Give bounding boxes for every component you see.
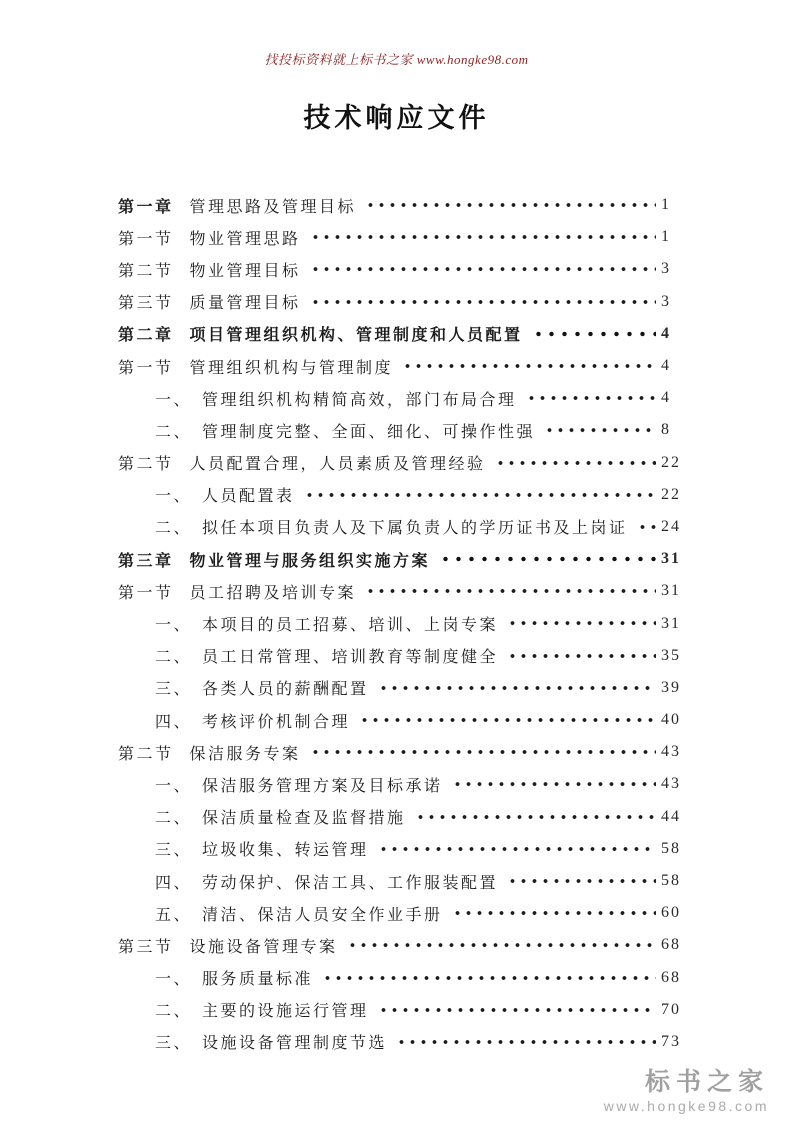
toc-entry-title: 服务质量标准 bbox=[202, 966, 313, 989]
toc-entry-title: 设施设备管理专案 bbox=[190, 934, 338, 957]
document-title: 技术响应文件 bbox=[0, 96, 793, 135]
dot-leader bbox=[400, 350, 656, 382]
toc-entry-page: 58 bbox=[661, 872, 693, 890]
dot-leader bbox=[505, 640, 656, 672]
toc-entry-page: 4 bbox=[661, 357, 693, 375]
dot-leader bbox=[376, 994, 656, 1026]
dot-leader bbox=[524, 382, 656, 414]
toc-entry-title: 本项目的员工招募、培训、上岗专案 bbox=[202, 612, 498, 635]
toc-entry-label: 二、 bbox=[155, 419, 192, 442]
dot-leader bbox=[308, 221, 656, 253]
dot-leader bbox=[505, 865, 656, 897]
toc-row: 第一节 管理组织机构与管理制度 4 bbox=[118, 350, 693, 382]
dot-leader bbox=[376, 833, 656, 865]
toc-entry-title: 管理组织机构精简高效，部门布局合理 bbox=[202, 387, 517, 410]
toc-entry-label: 一、 bbox=[155, 483, 192, 506]
toc-entry-page: 39 bbox=[661, 679, 693, 697]
toc-entry-page: 31 bbox=[661, 615, 693, 633]
toc-row: 第一章 管理思路及管理目标 1 bbox=[118, 189, 693, 221]
toc-entry-label: 一、 bbox=[155, 612, 192, 635]
toc-entry-label: 四、 bbox=[155, 709, 192, 732]
toc-entry-page: 3 bbox=[661, 293, 693, 311]
toc-row: 一、 本项目的员工招募、培训、上岗专案 31 bbox=[118, 607, 693, 639]
toc-row: 第二节 物业管理目标 3 bbox=[118, 253, 693, 285]
toc-entry-title: 管理思路及管理目标 bbox=[190, 194, 357, 217]
dot-leader bbox=[542, 414, 656, 446]
toc-entry-title: 垃圾收集、转运管理 bbox=[202, 837, 369, 860]
toc-entry-label: 一、 bbox=[155, 966, 192, 989]
toc-row: 四、 劳动保护、保洁工具、工作服装配置 58 bbox=[118, 865, 693, 897]
toc-entry-title: 管理制度完整、全面、细化、可操作性强 bbox=[202, 419, 535, 442]
toc-row: 一、 服务质量标准 68 bbox=[118, 962, 693, 994]
toc-entry-title: 项目管理组织机构、管理制度和人员配置 bbox=[190, 322, 523, 345]
dot-leader bbox=[363, 575, 656, 607]
toc-entry-label: 第二节 bbox=[118, 258, 174, 281]
toc-entry-title: 物业管理思路 bbox=[190, 226, 301, 249]
toc-entry-page: 22 bbox=[661, 454, 693, 472]
toc-row: 二、 拟任本项目负责人及下属负责人的学历证书及上岗证 24 bbox=[118, 511, 693, 543]
toc-entry-title: 拟任本项目负责人及下属负责人的学历证书及上岗证 bbox=[202, 515, 628, 538]
dot-leader bbox=[450, 897, 656, 929]
toc-entry-title: 各类人员的薪酬配置 bbox=[202, 676, 369, 699]
toc-entry-page: 44 bbox=[661, 808, 693, 826]
toc-entry-label: 二、 bbox=[155, 515, 192, 538]
toc-row: 二、 管理制度完整、全面、细化、可操作性强 8 bbox=[118, 414, 693, 446]
toc-row: 第二节 保洁服务专案 43 bbox=[118, 736, 693, 768]
dot-leader bbox=[363, 189, 656, 221]
document-page: 找投标资料就上标书之家 www.hongke98.com 技术响应文件 第一章 … bbox=[0, 0, 793, 1058]
toc-entry-title: 质量管理目标 bbox=[190, 290, 301, 313]
toc-entry-label: 一、 bbox=[155, 773, 192, 796]
toc-entry-label: 四、 bbox=[155, 870, 192, 893]
toc-entry-title: 物业管理与服务组织实施方案 bbox=[190, 548, 431, 571]
toc-row: 四、 考核评价机制合理 40 bbox=[118, 704, 693, 736]
dot-leader bbox=[308, 736, 656, 768]
toc-entry-title: 主要的设施运行管理 bbox=[202, 998, 369, 1021]
toc-entry-page: 8 bbox=[661, 421, 693, 439]
toc-entry-page: 58 bbox=[661, 840, 693, 858]
toc-entry-label: 二、 bbox=[155, 644, 192, 667]
toc-entry-label: 第一节 bbox=[118, 580, 174, 603]
toc-row: 一、 人员配置表 22 bbox=[118, 479, 693, 511]
toc-entry-title: 清洁、保洁人员安全作业手册 bbox=[202, 902, 443, 925]
toc-row: 第二节 人员配置合理，人员素质及管理经验 22 bbox=[118, 447, 693, 479]
toc-row: 三、 设施设备管理制度节选 73 bbox=[118, 1026, 693, 1058]
toc-entry-title: 管理组织机构与管理制度 bbox=[190, 355, 394, 378]
toc-row: 三、 垃圾收集、转运管理 58 bbox=[118, 833, 693, 865]
toc-entry-page: 1 bbox=[661, 228, 693, 246]
toc-entry-label: 第三节 bbox=[118, 934, 174, 957]
toc-entry-title: 人员配置表 bbox=[202, 483, 295, 506]
toc-row: 一、 管理组织机构精简高效，部门布局合理 4 bbox=[118, 382, 693, 414]
toc-entry-title: 人员配置合理，人员素质及管理经验 bbox=[190, 451, 486, 474]
toc-entry-label: 一、 bbox=[155, 387, 192, 410]
dot-leader bbox=[376, 672, 656, 704]
toc-row: 第三节 质量管理目标 3 bbox=[118, 286, 693, 318]
watermark-brand: 标书之家 bbox=[604, 1069, 769, 1097]
toc-row: 一、 保洁服务管理方案及目标承诺 43 bbox=[118, 768, 693, 800]
toc-row: 三、 各类人员的薪酬配置 39 bbox=[118, 672, 693, 704]
toc-entry-title: 保洁质量检查及监督措施 bbox=[202, 805, 406, 828]
dot-leader bbox=[413, 801, 656, 833]
toc-entry-label: 第一章 bbox=[118, 194, 174, 217]
toc-entry-label: 第三节 bbox=[118, 290, 174, 313]
header-promo-text: 找投标资料就上标书之家 www.hongke98.com bbox=[0, 0, 793, 68]
toc-entry-page: 35 bbox=[661, 647, 693, 665]
toc-entry-page: 22 bbox=[661, 486, 693, 504]
toc-entry-label: 二、 bbox=[155, 998, 192, 1021]
toc-row: 二、 员工日常管理、培训教育等制度健全 35 bbox=[118, 640, 693, 672]
dot-leader bbox=[308, 253, 656, 285]
toc-entry-label: 第二章 bbox=[118, 322, 174, 345]
toc-entry-label: 二、 bbox=[155, 805, 192, 828]
dot-leader bbox=[635, 511, 656, 543]
toc-row: 第三节 设施设备管理专案 68 bbox=[118, 929, 693, 961]
toc-entry-page: 43 bbox=[661, 775, 693, 793]
toc-entry-page: 3 bbox=[661, 260, 693, 278]
toc-entry-title: 保洁服务专案 bbox=[190, 741, 301, 764]
toc-row: 第一节 员工招聘及培训专案 31 bbox=[118, 575, 693, 607]
toc-entry-page: 24 bbox=[661, 518, 693, 536]
toc-row: 二、 主要的设施运行管理 70 bbox=[118, 994, 693, 1026]
toc-entry-label: 五、 bbox=[155, 902, 192, 925]
toc-entry-label: 三、 bbox=[155, 837, 192, 860]
dot-leader bbox=[302, 479, 656, 511]
toc-entry-page: 4 bbox=[661, 325, 693, 343]
watermark: 标书之家 www.hongke98.com bbox=[604, 1069, 769, 1115]
toc-entry-title: 物业管理目标 bbox=[190, 258, 301, 281]
toc-entry-title: 保洁服务管理方案及目标承诺 bbox=[202, 773, 443, 796]
toc-entry-title: 劳动保护、保洁工具、工作服装配置 bbox=[202, 870, 498, 893]
toc-entry-page: 43 bbox=[661, 743, 693, 761]
toc-entry-page: 1 bbox=[661, 196, 693, 214]
toc-entry-label: 三、 bbox=[155, 676, 192, 699]
toc-entry-title: 设施设备管理制度节选 bbox=[202, 1030, 387, 1053]
toc-entry-label: 第二节 bbox=[118, 451, 174, 474]
watermark-url: www.hongke98.com bbox=[604, 1098, 769, 1114]
table-of-contents: 第一章 管理思路及管理目标 1 第一节 物业管理思路 1 第二节 物业管理目标 … bbox=[118, 189, 693, 1058]
dot-leader bbox=[357, 704, 656, 736]
dot-leader bbox=[320, 962, 656, 994]
toc-entry-label: 第二节 bbox=[118, 741, 174, 764]
dot-leader bbox=[308, 286, 656, 318]
toc-row: 第二章 项目管理组织机构、管理制度和人员配置 4 bbox=[118, 318, 693, 350]
toc-entry-label: 三、 bbox=[155, 1030, 192, 1053]
toc-entry-label: 第一节 bbox=[118, 355, 174, 378]
toc-row: 二、 保洁质量检查及监督措施 44 bbox=[118, 801, 693, 833]
dot-leader bbox=[505, 607, 656, 639]
toc-row: 第一节 物业管理思路 1 bbox=[118, 221, 693, 253]
toc-entry-page: 70 bbox=[661, 1001, 693, 1019]
toc-entry-label: 第一节 bbox=[118, 226, 174, 249]
toc-row: 五、 清洁、保洁人员安全作业手册 60 bbox=[118, 897, 693, 929]
dot-leader bbox=[450, 768, 656, 800]
toc-entry-page: 73 bbox=[661, 1033, 693, 1051]
toc-entry-page: 60 bbox=[661, 904, 693, 922]
toc-entry-title: 考核评价机制合理 bbox=[202, 709, 350, 732]
toc-entry-page: 68 bbox=[661, 936, 693, 954]
dot-leader bbox=[530, 318, 656, 350]
toc-entry-title: 员工日常管理、培训教育等制度健全 bbox=[202, 644, 498, 667]
toc-entry-page: 31 bbox=[661, 550, 693, 568]
toc-entry-page: 31 bbox=[661, 582, 693, 600]
toc-row: 第三章 物业管理与服务组织实施方案 31 bbox=[118, 543, 693, 575]
dot-leader bbox=[493, 447, 656, 479]
toc-entry-page: 4 bbox=[661, 389, 693, 407]
toc-entry-label: 第三章 bbox=[118, 548, 174, 571]
toc-entry-title: 员工招聘及培训专案 bbox=[190, 580, 357, 603]
toc-entry-page: 68 bbox=[661, 969, 693, 987]
dot-leader bbox=[345, 929, 656, 961]
dot-leader bbox=[394, 1026, 656, 1058]
toc-entry-page: 40 bbox=[661, 711, 693, 729]
dot-leader bbox=[437, 543, 656, 575]
